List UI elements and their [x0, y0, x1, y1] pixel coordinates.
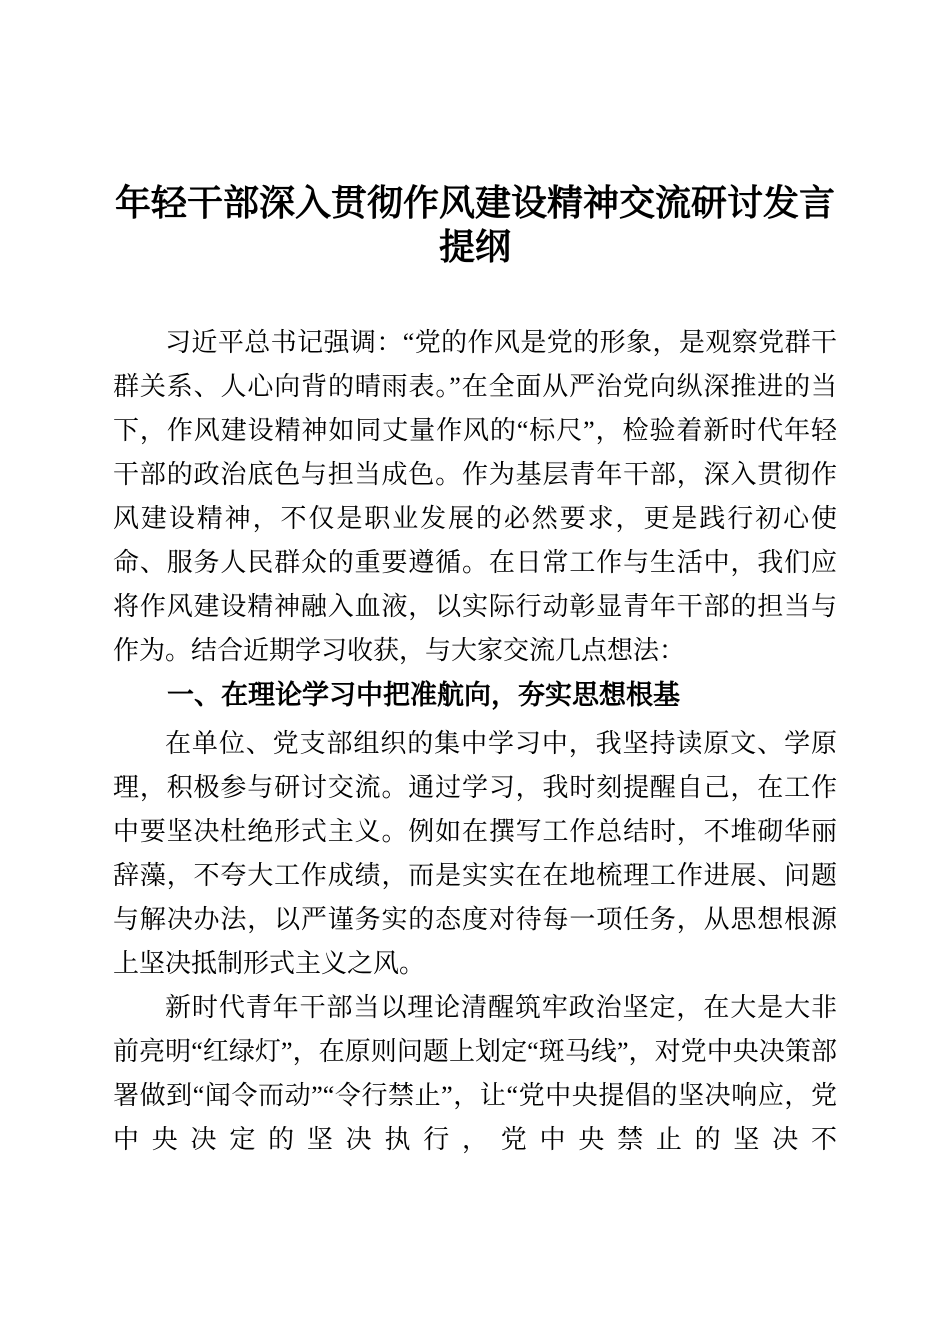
document-title: 年轻干部深入贯彻作风建设精神交流研讨发言提纲 — [113, 181, 837, 269]
paragraph-section1-body: 在单位、党支部组织的集中学习中，我坚持读原文、学原理，积极参与研讨交流。通过学习… — [113, 722, 837, 986]
section-heading-1: 一、在理论学习中把准航向，夯实思想根基 — [113, 673, 837, 717]
document-page: 年轻干部深入贯彻作风建设精神交流研讨发言提纲 习近平总书记强调：“党的作风是党的… — [0, 0, 950, 1344]
paragraph-section1-body-continued: 新时代青年干部当以理论清醒筑牢政治坚定，在大是大非前亮明“红绿灯”，在原则问题上… — [113, 986, 837, 1162]
paragraph-intro: 习近平总书记强调：“党的作风是党的形象，是观察党群干群关系、人心向背的晴雨表。”… — [113, 321, 837, 673]
